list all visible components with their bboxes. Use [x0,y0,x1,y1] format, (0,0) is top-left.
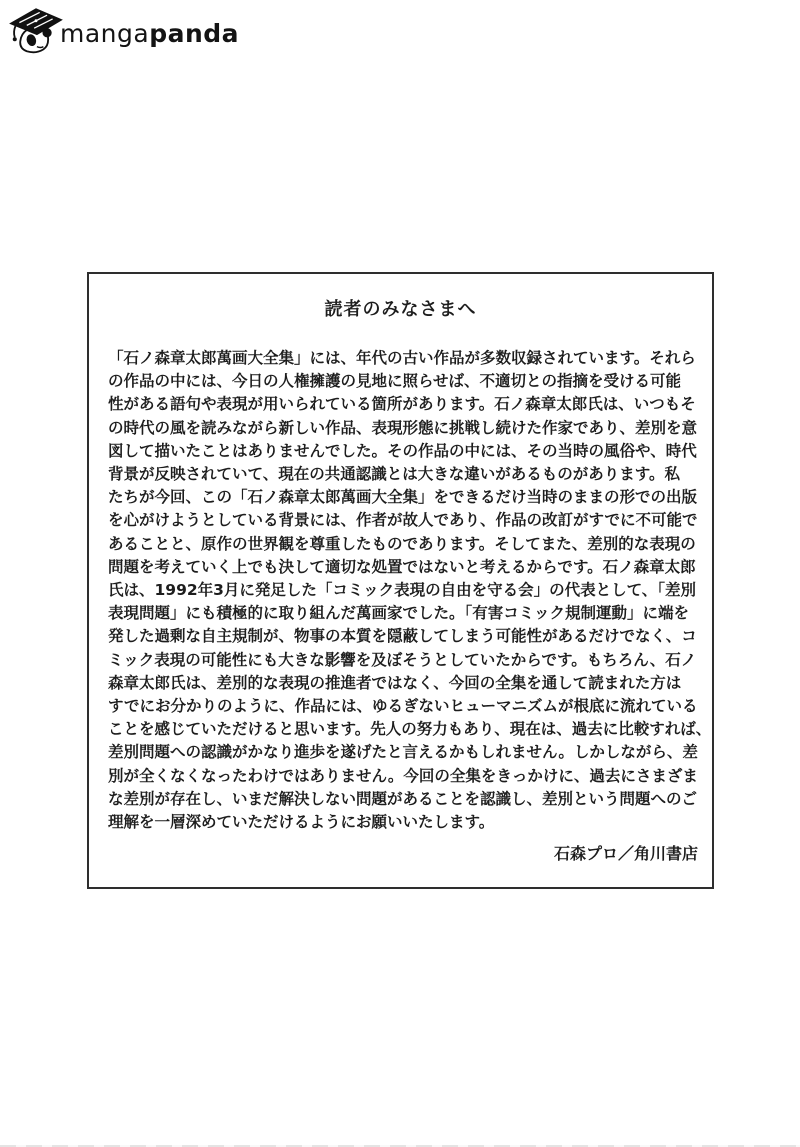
notice-line: 背景が反映されていて、現在の共通認識とは大きな違いがあるものがあります。私 [108,463,702,486]
notice-line: 別が全くなくなったわけではありません。今回の全集をきっかけに、過去にさまざま [108,765,702,788]
notice-line: な差別が存在し、いまだ解決しない問題があることを認識し、差別という問題へのご [108,788,702,811]
notice-line: の作品の中には、今日の人権擁護の見地に照らせば、不適切との指摘を受ける可能 [108,370,702,393]
notice-line: 氏は、1992年3月に発足した「コミック表現の自由を守る会」の代表として、「差別 [108,579,702,602]
notice-line: 性がある語句や表現が用いられている箇所があります。石ノ森章太郎氏は、いつもそ [108,393,702,416]
notice-line: 表現問題」にも積極的に取り組んだ萬画家でした。「有害コミック規制運動」に端を [108,602,702,625]
notice-line: 森章太郎氏は、差別的な表現の推進者ではなく、今回の全集を通して読まれた方は [108,672,702,695]
notice-line: 「石ノ森章太郎萬画大全集」には、年代の古い作品が多数収録されています。それら [108,347,702,370]
notice-title: 読者のみなさまへ [89,295,712,321]
notice-signature: 石森プロ／角川書店 [89,841,712,864]
notice-line: ミック表現の可能性にも大きな影響を及ぼそうとしていたからです。もちろん、石ノ [108,649,702,672]
notice-line: 理解を一層深めていただけるようにお願いいたします。 [108,811,702,834]
notice-line: すでにお分かりのように、作品には、ゆるぎないヒューマニズムが根底に流れている [108,695,702,718]
notice-line: あることと、原作の世界観を尊重したものであります。そしてまた、差別的な表現の [108,533,702,556]
notice-line: 問題を考えていく上でも決して適切な処置ではないと考えるからです。石ノ森章太郎 [108,556,702,579]
reader-page: mangapanda 読者のみなさまへ 「石ノ森章太郎萬画大全集」には、年代の古… [0,0,800,1147]
notice-line: ことを感じていただけると思います。先人の努力もあり、現在は、過去に比較すれば、 [108,718,702,741]
manga-page-scan[interactable]: 読者のみなさまへ 「石ノ森章太郎萬画大全集」には、年代の古い作品が多数収録されて… [0,0,800,1147]
notice-line: の時代の風を読みながら新しい作品、表現形態に挑戦し続けた作家であり、差別を意 [108,417,702,440]
notice-line: 差別問題への認識がかなり進歩を遂げたと言えるかもしれません。しかしながら、差 [108,741,702,764]
notice-line: 図して描いたことはありませんでした。その作品の中には、その当時の風俗や、時代 [108,440,702,463]
publisher-notice-box: 読者のみなさまへ 「石ノ森章太郎萬画大全集」には、年代の古い作品が多数収録されて… [87,272,714,889]
notice-line: を心がけようとしている背景には、作者が故人であり、作品の改訂がすでに不可能で [108,509,702,532]
notice-body: 「石ノ森章太郎萬画大全集」には、年代の古い作品が多数収録されています。それら の… [89,347,712,834]
notice-line: 発した過剰な自主規制が、物事の本質を隠蔽してしまう可能性があるだけでなく、コ [108,625,702,648]
notice-line: たちが今回、この「石ノ森章太郎萬画大全集」をできるだけ当時のままの形での出版 [108,486,702,509]
